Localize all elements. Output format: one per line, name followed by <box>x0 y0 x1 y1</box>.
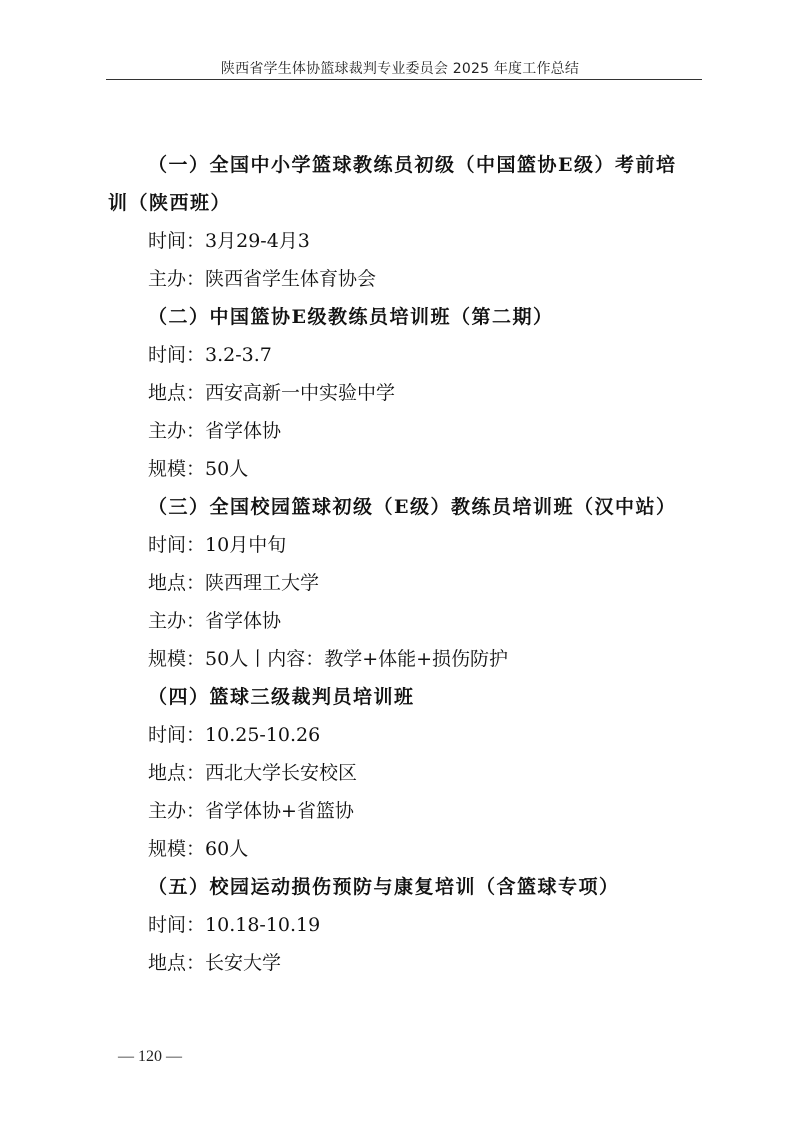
detail-line: 地点：陕西理工大学 <box>108 564 708 602</box>
detail-line: 地点：西北大学长安校区 <box>108 754 708 792</box>
section-heading-3: （三）全国校园篮球初级（E级）教练员培训班（汉中站） <box>108 488 708 526</box>
detail-value: 10.25-10.26 <box>205 724 320 746</box>
detail-value: 50人丨内容：教学+体能+损伤防护 <box>205 648 508 670</box>
detail-line: 主办：省学体协+省篮协 <box>108 792 708 830</box>
detail-line: 主办：陕西省学生体育协会 <box>108 260 708 298</box>
detail-label: 地点： <box>148 382 205 404</box>
detail-value: 省学体协 <box>205 610 281 632</box>
detail-label: 地点： <box>148 762 205 784</box>
detail-line: 规模：60人 <box>108 830 708 868</box>
detail-label: 规模： <box>148 458 205 480</box>
section-heading-5: （五）校园运动损伤预防与康复培训（含篮球专项） <box>108 868 708 906</box>
detail-label: 地点： <box>148 572 205 594</box>
detail-label: 地点： <box>148 952 205 974</box>
detail-line: 时间：10.18-10.19 <box>108 906 708 944</box>
detail-line: 时间：3.2-3.7 <box>108 336 708 374</box>
detail-value: 省学体协+省篮协 <box>205 800 354 822</box>
section-heading-4: （四）篮球三级裁判员培训班 <box>108 678 708 716</box>
detail-value: 50人 <box>205 458 248 480</box>
detail-value: 省学体协 <box>205 420 281 442</box>
detail-line: 时间：3月29-4月3 <box>108 222 708 260</box>
detail-value: 60人 <box>205 838 248 860</box>
section-heading-2: （二）中国篮协E级教练员培训班（第二期） <box>108 298 708 336</box>
section-heading-1-cont: 训（陕西班） <box>108 184 708 222</box>
detail-label: 时间： <box>148 534 205 556</box>
detail-value: 10.18-10.19 <box>205 914 320 936</box>
detail-label: 主办： <box>148 800 205 822</box>
detail-value: 3.2-3.7 <box>205 344 272 366</box>
detail-label: 规模： <box>148 838 205 860</box>
detail-value: 10月中旬 <box>205 534 286 556</box>
detail-label: 时间： <box>148 724 205 746</box>
running-header: 陕西省学生体协篮球裁判专业委员会 2025 年度工作总结 <box>106 58 694 78</box>
page-number: — 120 — <box>118 1048 182 1066</box>
detail-line: 时间：10.25-10.26 <box>108 716 708 754</box>
detail-value: 陕西理工大学 <box>205 572 319 594</box>
detail-label: 时间： <box>148 344 205 366</box>
detail-line: 时间：10月中旬 <box>108 526 708 564</box>
section-heading-1: （一）全国中小学篮球教练员初级（中国篮协E级）考前培 <box>108 146 708 184</box>
detail-label: 规模： <box>148 648 205 670</box>
detail-line: 规模：50人 <box>108 450 708 488</box>
header-divider <box>106 79 702 80</box>
detail-label: 主办： <box>148 420 205 442</box>
detail-value: 陕西省学生体育协会 <box>205 268 376 290</box>
detail-line: 主办：省学体协 <box>108 412 708 450</box>
detail-line: 地点：西安高新一中实验中学 <box>108 374 708 412</box>
detail-line: 主办：省学体协 <box>108 602 708 640</box>
detail-value: 西安高新一中实验中学 <box>205 382 395 404</box>
detail-label: 主办： <box>148 610 205 632</box>
detail-value: 西北大学长安校区 <box>205 762 357 784</box>
detail-label: 时间： <box>148 914 205 936</box>
detail-line: 地点：长安大学 <box>108 944 708 982</box>
detail-value: 3月29-4月3 <box>205 230 310 252</box>
detail-label: 主办： <box>148 268 205 290</box>
detail-line: 规模：50人丨内容：教学+体能+损伤防护 <box>108 640 708 678</box>
detail-label: 时间： <box>148 230 205 252</box>
detail-value: 长安大学 <box>205 952 281 974</box>
document-body: （一）全国中小学篮球教练员初级（中国篮协E级）考前培 训（陕西班） 时间：3月2… <box>108 146 708 982</box>
